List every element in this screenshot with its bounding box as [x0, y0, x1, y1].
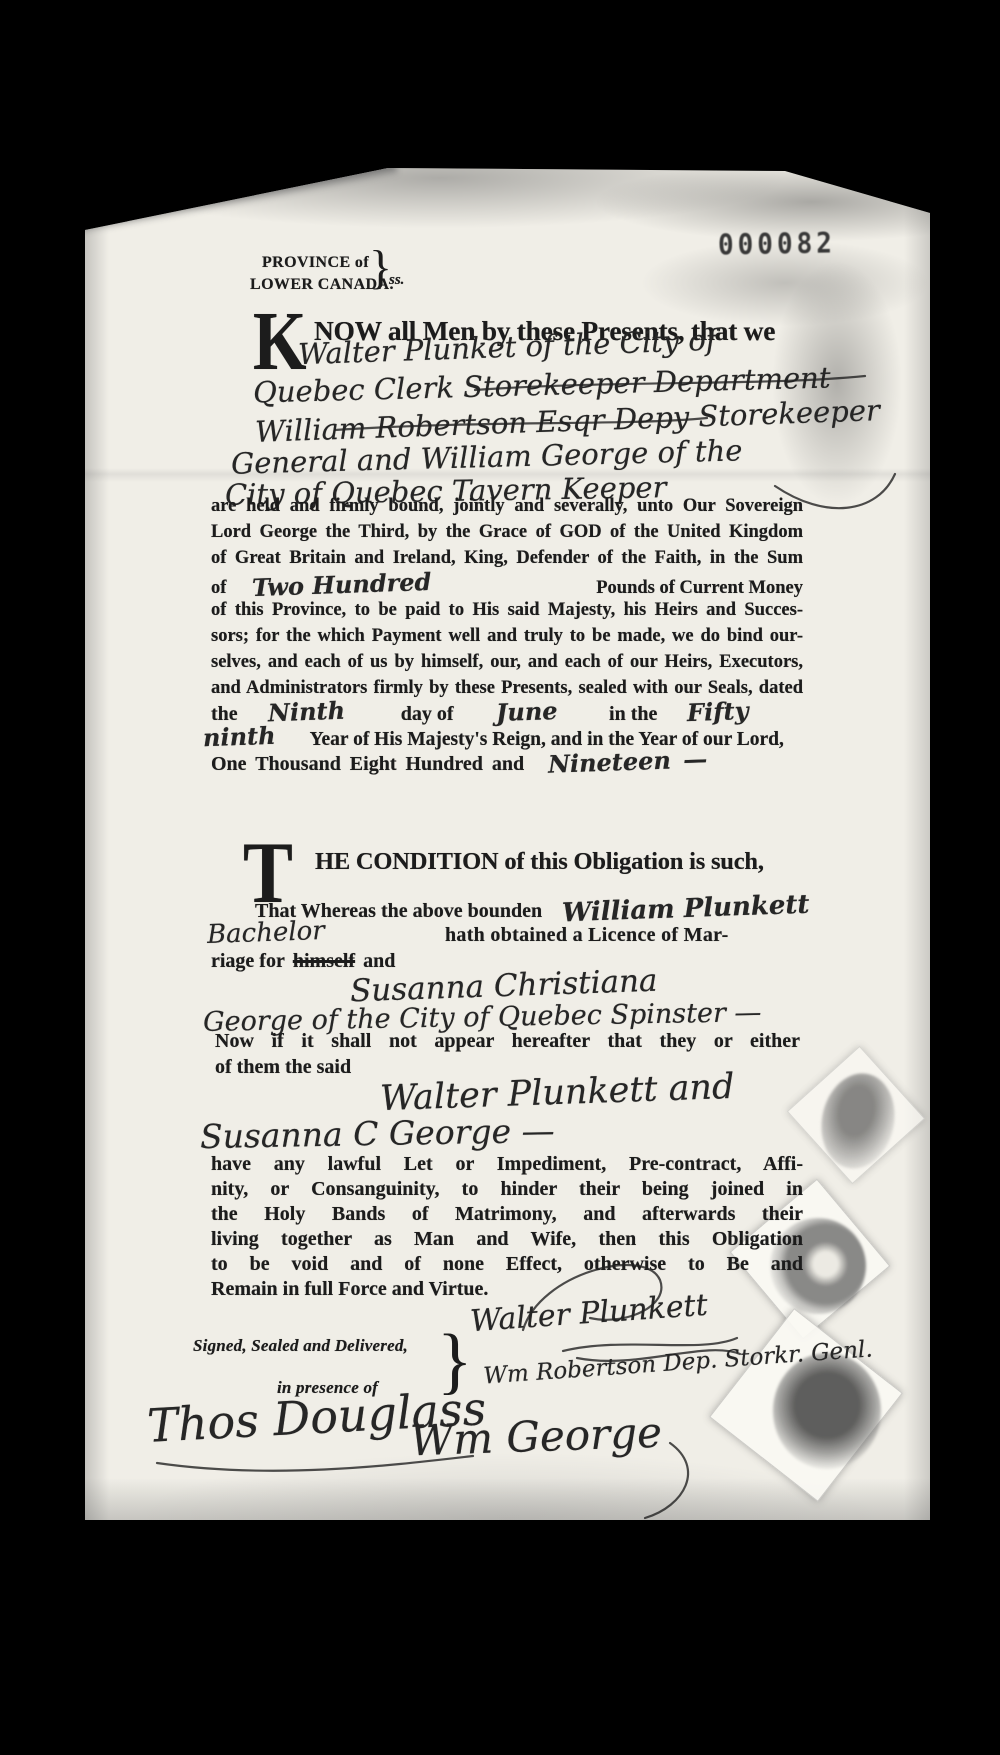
stamp-number: 000082 [718, 228, 836, 262]
closing-line: the Holy Bands of Matrimony, and afterwa… [211, 1204, 803, 1224]
document-page: 000082 PROVINCE of LOWER CANADA. } ss. K… [85, 168, 930, 1520]
riage-post: and [363, 950, 395, 973]
regnal-rest: Year of His Majesty's Reign, and in the … [310, 730, 784, 750]
date-month-handwritten: June [495, 699, 557, 725]
regnal-handwritten: ninth [203, 724, 276, 751]
condition-heading: HE CONDITION of this Obligation is such, [315, 848, 764, 876]
closing-line: to be void and of none Effect, otherwise… [211, 1254, 803, 1274]
date-decade-handwritten: Fifty [687, 699, 749, 725]
sum-pre: of [211, 579, 226, 598]
bond-sum-line: of Two Hundred Pounds of Current Money [211, 573, 803, 598]
year-handwritten: Nineteen — [548, 747, 708, 777]
microfilm-background: 000082 PROVINCE of LOWER CANADA. } ss. K… [0, 0, 1000, 1755]
parties-handwritten-2: Susanna C George — [200, 1111, 555, 1156]
bond-line: are held and firmly bound, jointly and s… [211, 497, 803, 516]
now-line: Now if it shall not appear hereafter tha… [215, 1030, 800, 1053]
sum-post: Pounds of Current Money [596, 579, 803, 598]
riage-struck-word: himself [293, 950, 355, 973]
condition-whereas-line: That Whereas the above bounden William P… [255, 894, 810, 924]
date-mid: day of [401, 704, 454, 724]
closing-line: nity, or Consanguinity, to hinder their … [211, 1179, 803, 1199]
closing-line: have any lawful Let or Impediment, Pre-c… [211, 1154, 803, 1174]
bond-line: Lord George the Third, by the Grace of G… [211, 523, 803, 542]
corner-fold-shadow [85, 168, 398, 234]
attestation-line-1: Signed, Sealed and Delivered, [193, 1336, 408, 1356]
bond-line: sors; for the which Payment well and tru… [211, 627, 803, 646]
licence-line: hath obtained a Licence of Mar- [445, 924, 729, 947]
closing-line: Remain in full Force and Virtue. [211, 1279, 803, 1299]
said-line: of them the said [215, 1056, 351, 1079]
witness3-signature: Wm George [409, 1408, 662, 1466]
parties-handwritten-1: Walter Plunkett and [379, 1067, 735, 1119]
riage-line: riage for himself and [211, 950, 395, 973]
seal-imprint-3 [773, 1353, 881, 1469]
groom-status-handwritten: Bachelor [207, 916, 326, 950]
header-ss: ss. [389, 272, 404, 289]
sum-handwritten: Two Hundred [252, 570, 432, 600]
bond-line: and Administrators firmly by these Prese… [211, 679, 803, 698]
bond-line: of Great Britain and Ireland, King, Defe… [211, 549, 803, 568]
closing-line: living together as Man and Wife, then th… [211, 1229, 803, 1249]
bond-date-line: the Ninth day of June in the Fifty [211, 700, 803, 724]
bond-line: of this Province, to be paid to His said… [211, 601, 803, 620]
bond-line: selves, and each of us by himself, our, … [211, 653, 803, 672]
date-pre: the [211, 704, 238, 724]
bond-year-line: One Thousand Eight Hundred and Nineteen … [211, 750, 803, 774]
date-in: in the [609, 704, 657, 724]
groom-name-handwritten: William Plunkett [562, 890, 810, 929]
date-day-handwritten: Ninth [267, 699, 345, 726]
bond-regnal-line: ninth Year of His Majesty's Reign, and i… [211, 725, 803, 750]
riage-pre: riage for [211, 950, 285, 973]
year-pre: One Thousand Eight Hundred and [211, 754, 524, 774]
